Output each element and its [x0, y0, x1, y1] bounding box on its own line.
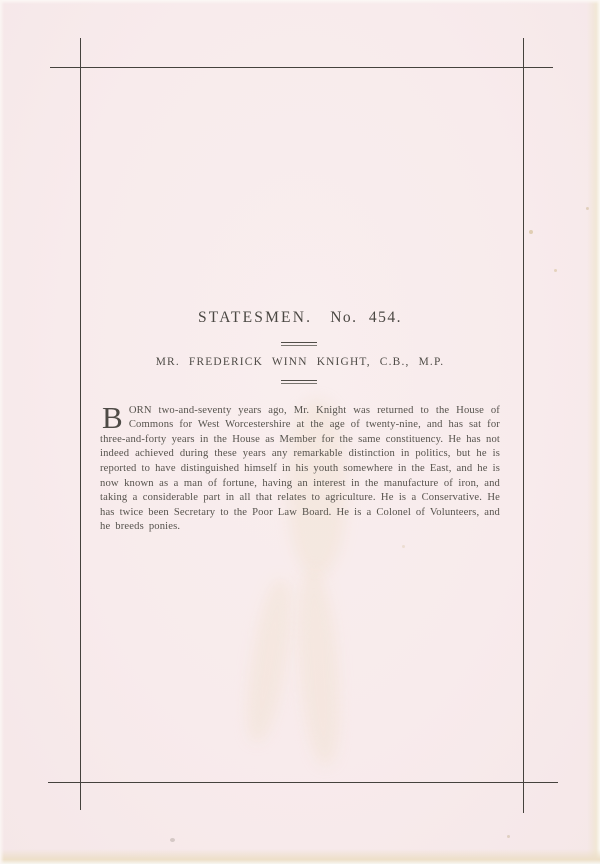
age-mark	[170, 838, 175, 842]
foxing-speck	[402, 545, 405, 548]
show-through-ghost-leg	[293, 569, 345, 766]
drop-cap: B	[100, 404, 129, 431]
frame-line-bottom	[48, 782, 558, 783]
series-title: STATESMEN.	[198, 309, 312, 326]
page-edge-bottom	[0, 849, 600, 864]
frame-line-right	[523, 38, 524, 813]
frame-line-top	[50, 67, 553, 68]
series-heading: STATESMEN.No. 454.	[0, 309, 600, 327]
ornamental-rule	[281, 342, 317, 346]
series-number: No. 454.	[330, 309, 402, 326]
subject-name: MR. FREDERICK WINN KNIGHT, C.B., M.P.	[0, 356, 600, 368]
scanned-document-page: STATESMEN.No. 454. MR. FREDERICK WINN KN…	[0, 0, 600, 864]
scan-edge-left	[0, 0, 4, 864]
biography-text: ORN two-and-seventy years ago, Mr. Knigh…	[100, 405, 500, 533]
biography-paragraph: BORN two-and-seventy years ago, Mr. Knig…	[100, 404, 500, 535]
foxing-speck	[529, 230, 533, 234]
page-edge-right	[587, 0, 600, 864]
foxing-speck	[554, 269, 557, 272]
scan-edge-top	[0, 0, 600, 4]
ornamental-rule	[281, 380, 317, 384]
show-through-ghost-leg	[239, 576, 298, 744]
foxing-speck	[507, 835, 510, 838]
frame-line-left	[80, 38, 81, 810]
